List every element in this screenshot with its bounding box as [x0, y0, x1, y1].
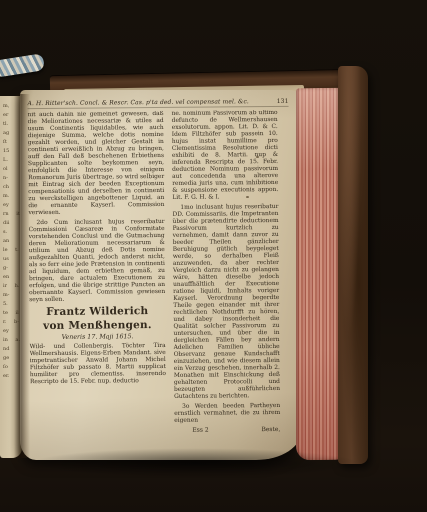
page-header: A. H. Ritter'sch. Concl. & Rescr. Cas. p…	[27, 98, 288, 109]
photo-background: m, er tl. ag ſt 15 L. ol n- ch m. ey rn …	[0, 0, 427, 512]
paragraph: 2do Cum inclusant hujus reseribatur Comm…	[29, 219, 166, 304]
page-number: 131	[277, 98, 289, 105]
section-heading-line2: von Menßhengen.	[29, 319, 165, 332]
paragraph: nit auch dahin nie gemeinet gewesen, daß…	[28, 111, 165, 217]
signature-mark: Ess 2	[192, 427, 208, 434]
headband	[0, 53, 45, 78]
paragraph: 3o Werden beeden Partheyen ernstlich ver…	[174, 403, 280, 425]
book-page: A. H. Ritter'sch. Concl. & Rescr. Cas. p…	[20, 90, 302, 460]
page-text: A. H. Ritter'sch. Concl. & Rescr. Cas. p…	[27, 98, 291, 451]
paragraph: ne. nominum Passivorum ab ultimo defunct…	[172, 110, 279, 202]
date-line: Veneris 17. Maji 1615.	[30, 333, 166, 341]
signature-row: Ess 2 Beste,	[174, 426, 280, 434]
section-heading-line1: Frantz Wilderich	[29, 306, 165, 319]
right-column: ne. nominum Passivorum ab ultimo defunct…	[172, 110, 281, 439]
fore-edge	[296, 88, 342, 460]
book-shadow	[30, 448, 360, 478]
paragraph: 1mo inclusant hujus reseribatur DD. Comm…	[172, 204, 280, 401]
facing-page-text-fragments: m, er tl. ag ſt 15 L. ol n- ch m. ey rn …	[3, 103, 20, 379]
facing-page-edge: m, er tl. ag ſt 15 L. ol n- ch m. ey rn …	[0, 96, 22, 458]
paragraph: Wild- und Collenbergis. Töchter Tira Wel…	[30, 343, 166, 386]
ink-speck	[246, 196, 249, 198]
catchword: Beste,	[261, 426, 280, 433]
book-cover	[338, 66, 368, 464]
running-title: A. H. Ritter'sch. Concl. & Rescr. Cas. p…	[27, 98, 272, 107]
two-column-text: nit auch dahin nie gemeinet gewesen, daß…	[28, 110, 292, 440]
ink-speck	[256, 156, 259, 158]
left-column: nit auch dahin nie gemeinet gewesen, daß…	[28, 111, 167, 440]
